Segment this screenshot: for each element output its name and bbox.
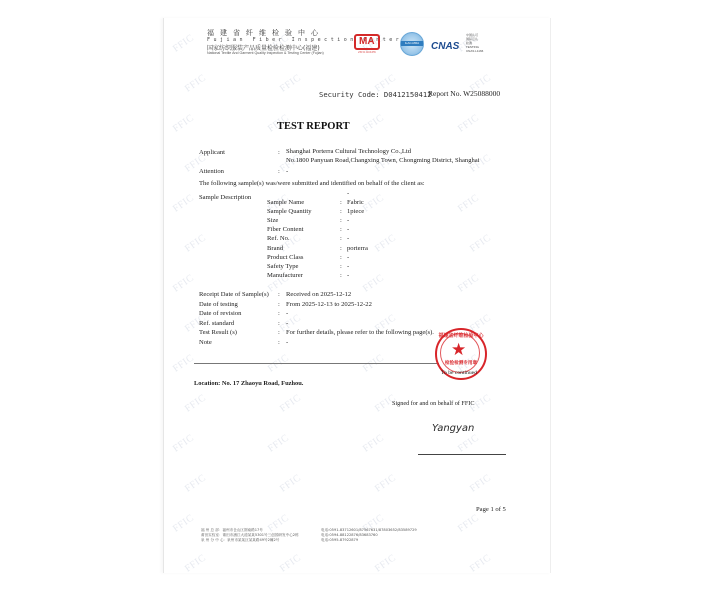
watermark-text: FFIC <box>171 512 196 534</box>
watermark-text: FFIC <box>278 72 303 94</box>
sample-field-label: Brand <box>267 245 283 252</box>
sample-field-label: Product Class <box>267 254 303 261</box>
colon: : <box>278 301 280 308</box>
divider <box>194 363 439 364</box>
cma-logo: MA 231511110476 <box>354 34 380 54</box>
security-code-value: D0412150412 <box>384 90 432 99</box>
watermark-text: FFIC <box>278 552 303 573</box>
detail-label: Test Result (s) <box>199 329 237 336</box>
colon: : <box>278 149 280 156</box>
watermark-text: FFIC <box>183 552 208 573</box>
watermark-text: FFIC <box>183 72 208 94</box>
colon: : <box>278 339 280 346</box>
footer-phone-line: 电话:0595-87922879 <box>321 538 417 543</box>
watermark-text: FFIC <box>183 232 208 254</box>
watermark-text: FFIC <box>278 472 303 494</box>
detail-value: For further details, please refer to the… <box>286 329 434 336</box>
colon: : <box>278 291 280 298</box>
attention-value: - <box>286 168 288 175</box>
colon: : <box>340 272 342 279</box>
sample-description-value: - <box>347 190 349 197</box>
stamp-band-text: 检验检测专用章 <box>442 360 480 366</box>
ilac-mra-logo: ILAC-MRA <box>400 32 424 56</box>
to-be-continued: To be continued <box>441 370 477 376</box>
watermark-text: FFIC <box>171 432 196 454</box>
watermark-text: FFIC <box>373 472 398 494</box>
page-number: Page 1 of 5 <box>476 506 506 513</box>
sample-field-label: Sample Quantity <box>267 208 312 215</box>
watermark-text: FFIC <box>468 472 493 494</box>
sample-field-value: - <box>347 272 349 279</box>
watermark-text: FFIC <box>171 32 196 54</box>
watermark-text: FFIC <box>373 552 398 573</box>
detail-label: Date of revision <box>199 310 241 317</box>
detail-label: Note <box>199 339 212 346</box>
colon: : <box>340 208 342 215</box>
report-number-value: W25088000 <box>463 89 500 98</box>
watermark-text: FFIC <box>456 192 481 214</box>
intro-text: The following sample(s) was/were submitt… <box>199 180 425 187</box>
watermark-text: FFIC <box>361 432 386 454</box>
detail-value: Received on 2025-12-12 <box>286 291 351 298</box>
colon: : <box>340 217 342 224</box>
watermark-text: FFIC <box>183 472 208 494</box>
signature-line <box>418 454 506 455</box>
sample-field-value: - <box>347 226 349 233</box>
watermark-text: FFIC <box>361 192 386 214</box>
watermark-text: FFIC <box>266 432 291 454</box>
sample-field-label: Safety Type <box>267 263 298 270</box>
watermark-text: FFIC <box>456 272 481 294</box>
colon: : <box>340 254 342 261</box>
sample-field-value: Fabric <box>347 199 364 206</box>
attention-label: Attention <box>199 168 224 175</box>
cnas-logo-subtext: 中国认可国际互认检测TESTINGCNAS L1166 <box>466 33 483 53</box>
signature-label: Signed for and on behalf of FFIC <box>392 400 475 407</box>
sample-field-label: Size <box>267 217 278 224</box>
page-title: TEST REPORT <box>277 121 350 132</box>
detail-value: - <box>286 339 288 346</box>
watermark-text: FFIC <box>456 432 481 454</box>
footer-address-line: 泉 州 分 中 心：泉州市某某区某某路49号2幢2号 <box>201 538 299 543</box>
watermark-text: FFIC <box>171 272 196 294</box>
watermark-text: FFIC <box>361 272 386 294</box>
qr-code[interactable] <box>253 88 275 110</box>
detail-label: Ref. standard <box>199 320 234 327</box>
colon: : <box>340 263 342 270</box>
applicant-name: Shanghai Porterra Cultural Technology Co… <box>286 148 411 155</box>
colon: : <box>340 199 342 206</box>
cma-logo-mark: MA <box>354 34 380 50</box>
watermark-text: FFIC <box>373 232 398 254</box>
watermark-text: FFIC <box>456 112 481 134</box>
watermark-text: FFIC <box>456 512 481 534</box>
detail-label: Receipt Date of Sample(s) <box>199 291 269 298</box>
sample-field-value: - <box>347 254 349 261</box>
sample-field-value: porterra <box>347 245 368 252</box>
report-number: Report No. W25088000 <box>428 89 500 98</box>
watermark-text: FFIC <box>468 232 493 254</box>
watermark-text: FFIC <box>468 552 493 573</box>
colon: : <box>278 168 280 175</box>
cma-logo-number: 231511110476 <box>354 50 380 54</box>
stamp-star-icon: ★ <box>451 341 466 358</box>
colon: : <box>278 329 280 336</box>
colon: : <box>340 235 342 242</box>
watermark-text: FFIC <box>171 352 196 374</box>
cnas-subtext-line: CNAS L1166 <box>466 49 483 53</box>
report-number-label: Report No. <box>428 89 461 98</box>
detail-label: Date of testing <box>199 301 238 308</box>
sample-field-label: Manufacturer <box>267 272 303 279</box>
stamp-ring-text: 福建省纤维检验中心 <box>437 332 485 339</box>
report-page: FFICFFICFFICFFICFFICFFICFFICFFICFFICFFIC… <box>163 18 551 573</box>
security-code: Security Code: D0412150412 <box>319 90 432 99</box>
sample-field-value: 1piece <box>347 208 364 215</box>
watermark-text: FFIC <box>278 392 303 414</box>
signature: Yangyan <box>432 423 474 434</box>
colon: : <box>278 310 280 317</box>
sample-field-value: - <box>347 263 349 270</box>
org-name-en-national: National Textile And Garment Quality Ins… <box>207 51 324 55</box>
location: Location: No. 17 Zhaoyu Road, Fuzhou. <box>194 380 303 387</box>
detail-value: - <box>286 310 288 317</box>
colon: : <box>340 226 342 233</box>
footer-addresses: 福 州 总 部：福州市仓山区图南路17号莆田实验室：莆田市涵江大道某某5301号… <box>201 528 299 543</box>
security-code-label: Security Code: <box>319 90 380 99</box>
footer-phones: 电话:0591-83712601/87567631/87803652/83589… <box>321 528 417 543</box>
applicant-address: No.1800 Panyuan Road,Changxing Town, Cho… <box>286 157 480 164</box>
detail-value: From 2025-12-13 to 2025-12-22 <box>286 301 372 308</box>
sample-field-label: Fiber Content <box>267 226 303 233</box>
cnas-logo: CNAS <box>431 36 459 54</box>
sample-description-label: Sample Description <box>199 194 251 201</box>
watermark-text: FFIC <box>183 392 208 414</box>
watermark-text: FFIC <box>171 112 196 134</box>
applicant-label: Applicant <box>199 149 225 156</box>
sample-field-value: - <box>347 217 349 224</box>
sample-field-label: Ref. No. <box>267 235 290 242</box>
cnas-logo-mark: CNAS <box>431 41 459 52</box>
detail-value: - <box>286 320 288 327</box>
colon: : <box>278 320 280 327</box>
sample-field-label: Sample Name <box>267 199 304 206</box>
sample-field-value: - <box>347 235 349 242</box>
watermark-text: FFIC <box>171 192 196 214</box>
colon: : <box>340 245 342 252</box>
watermark-text: FFIC <box>361 112 386 134</box>
ilac-mra-label: ILAC-MRA <box>401 41 423 46</box>
